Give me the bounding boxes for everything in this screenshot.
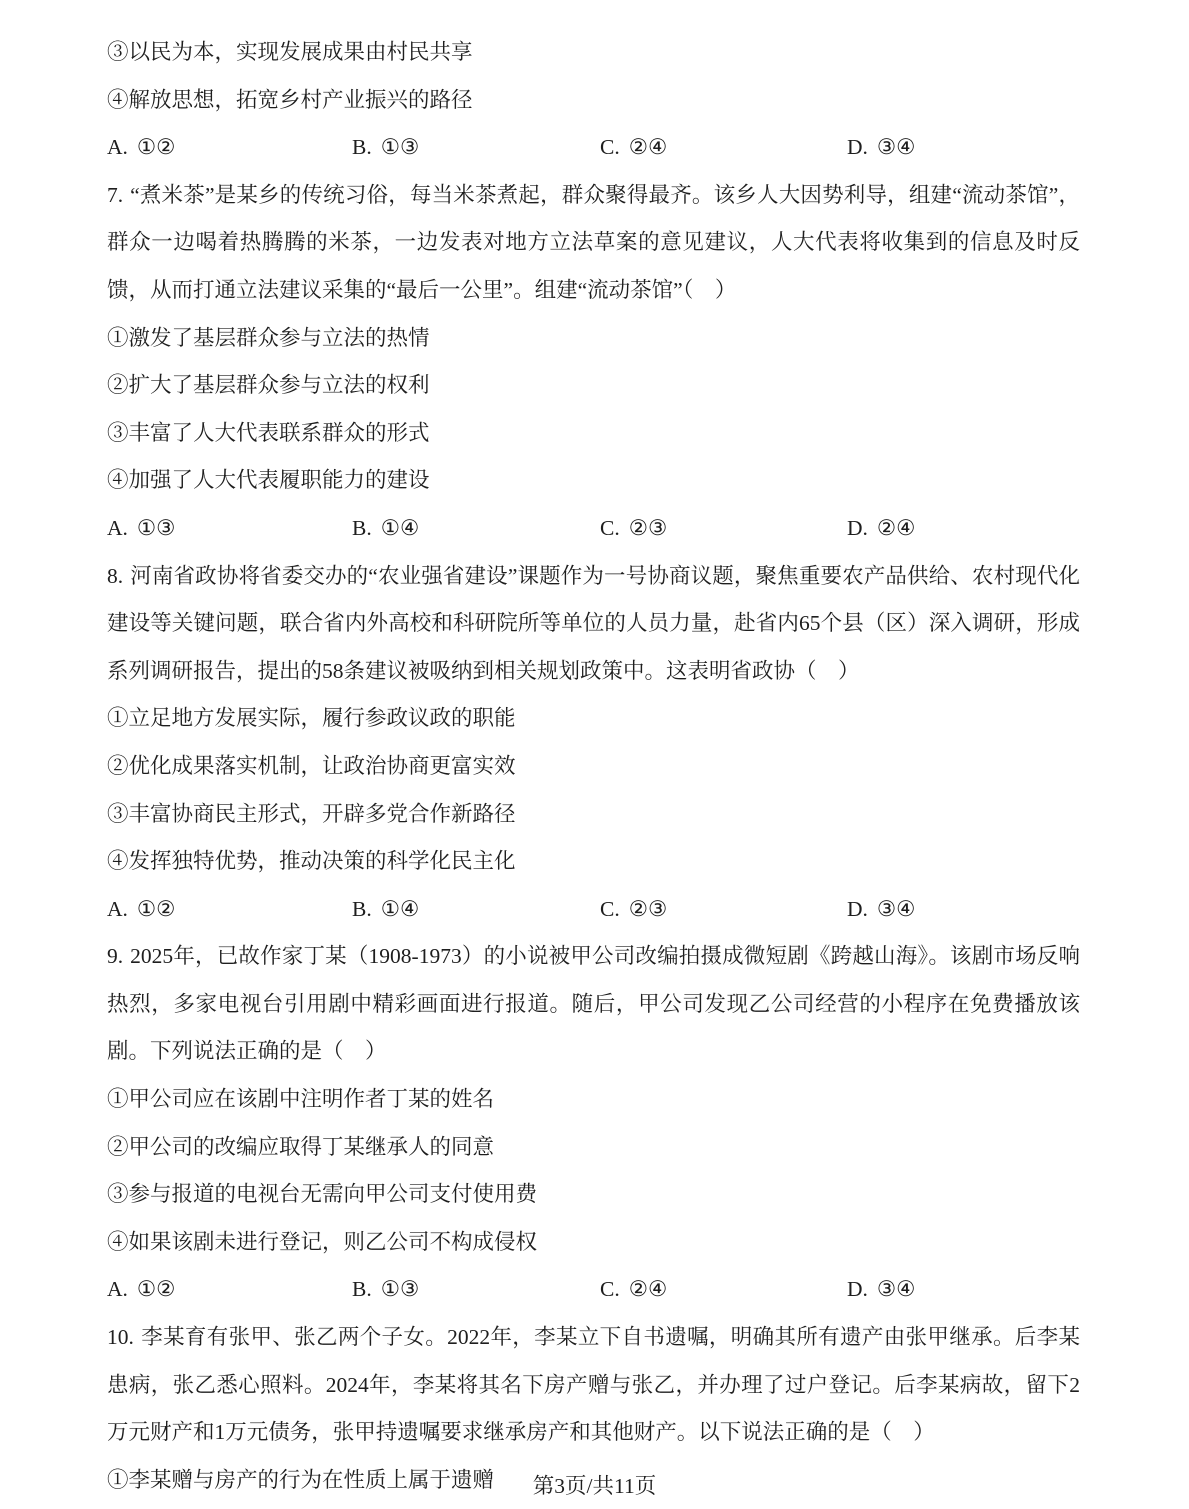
choice-label: D. — [847, 516, 868, 540]
statement-line: ④发挥独特优势，推动决策的科学化民主化 — [107, 838, 1080, 886]
choice-label: B. — [352, 135, 372, 159]
question-9-stem: 9.2025年，已故作家丁某（1908-1973）的小说被甲公司改编拍摄成微短剧… — [107, 933, 1080, 1076]
question-number: 8. — [107, 564, 123, 588]
question-10-stem: 10.李某育有张甲、张乙两个子女。2022年，李某立下自书遗嘱，明确其所有遗产由… — [107, 1314, 1080, 1457]
statement-line: ①立足地方发展实际，履行参政议政的职能 — [107, 695, 1080, 743]
choice-value: ①④ — [381, 897, 420, 921]
choice-label: B. — [352, 897, 372, 921]
question-number: 10. — [107, 1325, 134, 1349]
statement-line: ④如果该剧未进行登记，则乙公司不构成侵权 — [107, 1219, 1080, 1267]
choice-option-b: B.①④ — [352, 886, 600, 934]
statement-line: ③以民为本，实现发展成果由村民共享 — [107, 29, 1080, 77]
question-number: 9. — [107, 944, 123, 968]
choice-label: C. — [600, 135, 620, 159]
choice-value: ①② — [137, 1277, 176, 1301]
choice-option-b: B.①③ — [352, 1266, 600, 1314]
choice-value: ①② — [137, 135, 176, 159]
statement-line: ③丰富了人大代表联系群众的形式 — [107, 410, 1080, 458]
choice-option-d: D.②④ — [847, 505, 1080, 553]
page-footer: 第3页/共11页 — [0, 1474, 1189, 1498]
choice-label: C. — [600, 1277, 620, 1301]
choice-value: ②③ — [629, 897, 668, 921]
choice-label: D. — [847, 135, 868, 159]
choice-option-c: C.②③ — [600, 886, 847, 934]
exam-content: ③以民为本，实现发展成果由村民共享 ④解放思想，拓宽乡村产业振兴的路径 A.①②… — [107, 29, 1080, 1504]
statement-line: ②扩大了基层群众参与立法的权利 — [107, 362, 1080, 410]
choice-value: ①④ — [381, 516, 420, 540]
choice-option-a: A.①③ — [107, 505, 352, 553]
choice-option-b: B.①④ — [352, 505, 600, 553]
choice-row: A.①② B.①③ C.②④ D.③④ — [107, 1266, 1080, 1314]
question-stem-text: 河南省政协将省委交办的“农业强省建设”课题作为一号协商议题，聚焦重要农产品供给、… — [107, 564, 1080, 683]
choice-option-a: A.①② — [107, 1266, 352, 1314]
choice-label: B. — [352, 516, 372, 540]
choice-row: A.①③ B.①④ C.②③ D.②④ — [107, 505, 1080, 553]
choice-option-c: C.②④ — [600, 1266, 847, 1314]
choice-option-d: D.③④ — [847, 886, 1080, 934]
choice-value: ②④ — [877, 516, 916, 540]
choice-value: ①③ — [381, 1277, 420, 1301]
question-number: 7. — [107, 183, 123, 207]
question-stem-text: 李某育有张甲、张乙两个子女。2022年，李某立下自书遗嘱，明确其所有遗产由张甲继… — [107, 1325, 1080, 1444]
choice-option-c: C.②④ — [600, 124, 847, 172]
choice-label: C. — [600, 516, 620, 540]
choice-label: D. — [847, 897, 868, 921]
question-8-stem: 8.河南省政协将省委交办的“农业强省建设”课题作为一号协商议题，聚焦重要农产品供… — [107, 553, 1080, 696]
choice-option-a: A.①② — [107, 124, 352, 172]
statement-line: ①激发了基层群众参与立法的热情 — [107, 315, 1080, 363]
statement-line: ③丰富协商民主形式，开辟多党合作新路径 — [107, 791, 1080, 839]
question-stem-text: 2025年，已故作家丁某（1908-1973）的小说被甲公司改编拍摄成微短剧《跨… — [107, 944, 1080, 1063]
choice-label: A. — [107, 1277, 128, 1301]
choice-option-c: C.②③ — [600, 505, 847, 553]
question-stem-text: “煮米茶”是某乡的传统习俗，每当米茶煮起，群众聚得最齐。该乡人大因势利导，组建“… — [107, 183, 1080, 302]
choice-option-b: B.①③ — [352, 124, 600, 172]
choice-option-d: D.③④ — [847, 124, 1080, 172]
choice-value: ③④ — [877, 135, 916, 159]
choice-value: ②④ — [629, 135, 668, 159]
choice-label: D. — [847, 1277, 868, 1301]
statement-line: ③参与报道的电视台无需向甲公司支付使用费 — [107, 1171, 1080, 1219]
exam-page: ③以民为本，实现发展成果由村民共享 ④解放思想，拓宽乡村产业振兴的路径 A.①②… — [0, 0, 1189, 1509]
choice-value: ③④ — [877, 897, 916, 921]
statement-line: ②甲公司的改编应取得丁某继承人的同意 — [107, 1124, 1080, 1172]
choice-option-a: A.①② — [107, 886, 352, 934]
choice-label: B. — [352, 1277, 372, 1301]
choice-value: ①③ — [137, 516, 176, 540]
question-7-stem: 7.“煮米茶”是某乡的传统习俗，每当米茶煮起，群众聚得最齐。该乡人大因势利导，组… — [107, 172, 1080, 315]
statement-line: ①甲公司应在该剧中注明作者丁某的姓名 — [107, 1076, 1080, 1124]
statement-line: ④解放思想，拓宽乡村产业振兴的路径 — [107, 77, 1080, 125]
choice-value: ②③ — [629, 516, 668, 540]
choice-row: A.①② B.①④ C.②③ D.③④ — [107, 886, 1080, 934]
choice-row: A.①② B.①③ C.②④ D.③④ — [107, 124, 1080, 172]
choice-value: ②④ — [629, 1277, 668, 1301]
choice-label: A. — [107, 897, 128, 921]
statement-line: ②优化成果落实机制，让政治协商更富实效 — [107, 743, 1080, 791]
choice-option-d: D.③④ — [847, 1266, 1080, 1314]
choice-value: ③④ — [877, 1277, 916, 1301]
choice-value: ①③ — [381, 135, 420, 159]
choice-label: A. — [107, 135, 128, 159]
choice-label: C. — [600, 897, 620, 921]
choice-label: A. — [107, 516, 128, 540]
statement-line: ④加强了人大代表履职能力的建设 — [107, 457, 1080, 505]
choice-value: ①② — [137, 897, 176, 921]
